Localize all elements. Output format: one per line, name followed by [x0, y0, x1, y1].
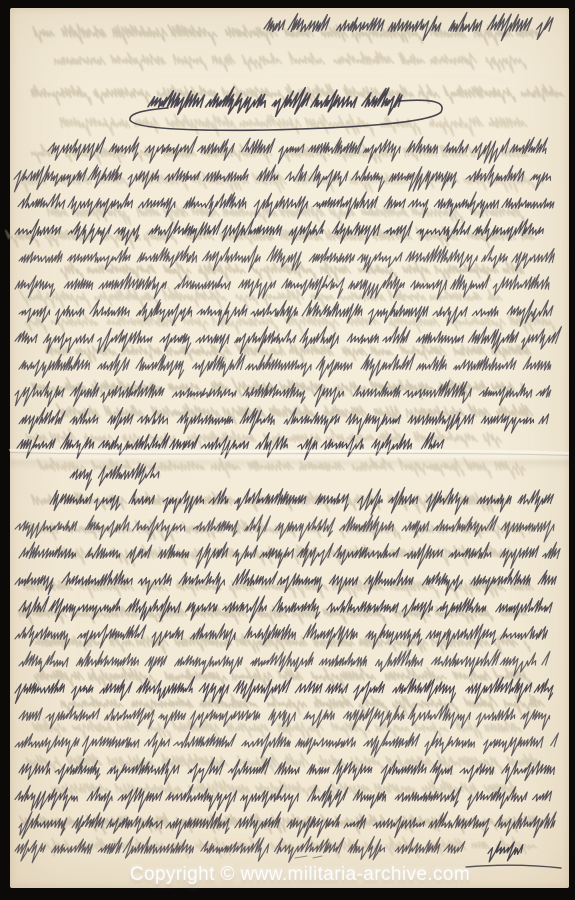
scan-black-border: Copyright © www.militaria-archive.com: [0, 0, 575, 900]
copyright-watermark: Copyright © www.militaria-archive.com: [130, 864, 470, 886]
letter-paper: [10, 8, 569, 888]
